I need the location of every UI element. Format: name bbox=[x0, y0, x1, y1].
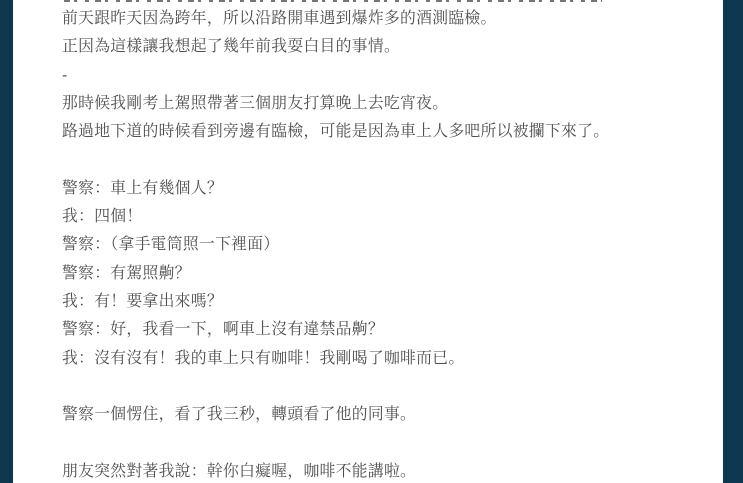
post-line: 我：四個！ bbox=[62, 203, 702, 231]
clipped-text-row bbox=[64, 0, 602, 2]
post-line: 我：有！要拿出來嗎？ bbox=[62, 288, 702, 316]
post-line: 那時候我剛考上駕照帶著三個朋友打算晚上去吃宵夜。 bbox=[62, 90, 702, 118]
post-line: 警察：有駕照齁？ bbox=[62, 260, 702, 288]
post-line: 朋友突然對著我說：幹你白癡喔，咖啡不能講啦。 bbox=[62, 458, 702, 483]
post-line bbox=[62, 373, 702, 401]
post-content: 前天跟昨天因為跨年，所以沿路開車遇到爆炸多的酒測臨檢。正因為這樣讓我想起了幾年前… bbox=[62, 0, 702, 483]
post-line: 警察：車上有幾個人？ bbox=[62, 175, 702, 203]
post-line: 警察：（拿手電筒照一下裡面） bbox=[62, 231, 702, 259]
post-line: 警察一個愣住，看了我三秒，轉頭看了他的同事。 bbox=[62, 401, 702, 429]
post-line bbox=[62, 429, 702, 457]
post-body: 前天跟昨天因為跨年，所以沿路開車遇到爆炸多的酒測臨檢。正因為這樣讓我想起了幾年前… bbox=[62, 5, 702, 483]
post-line bbox=[62, 146, 702, 174]
post-line: - bbox=[62, 62, 702, 90]
post-line: 正因為這樣讓我想起了幾年前我耍白目的事情。 bbox=[62, 33, 702, 61]
page-frame-right bbox=[723, 0, 743, 483]
post-line: 我：沒有沒有！我的車上只有咖啡！我剛喝了咖啡而已。 bbox=[62, 345, 702, 373]
post-line: 前天跟昨天因為跨年，所以沿路開車遇到爆炸多的酒測臨檢。 bbox=[62, 5, 702, 33]
post-line: 警察：好，我看一下，啊車上沒有違禁品齁？ bbox=[62, 316, 702, 344]
post-line: 路過地下道的時候看到旁邊有臨檢，可能是因為車上人多吧所以被攔下來了。 bbox=[62, 118, 702, 146]
page-frame-left bbox=[0, 0, 13, 483]
